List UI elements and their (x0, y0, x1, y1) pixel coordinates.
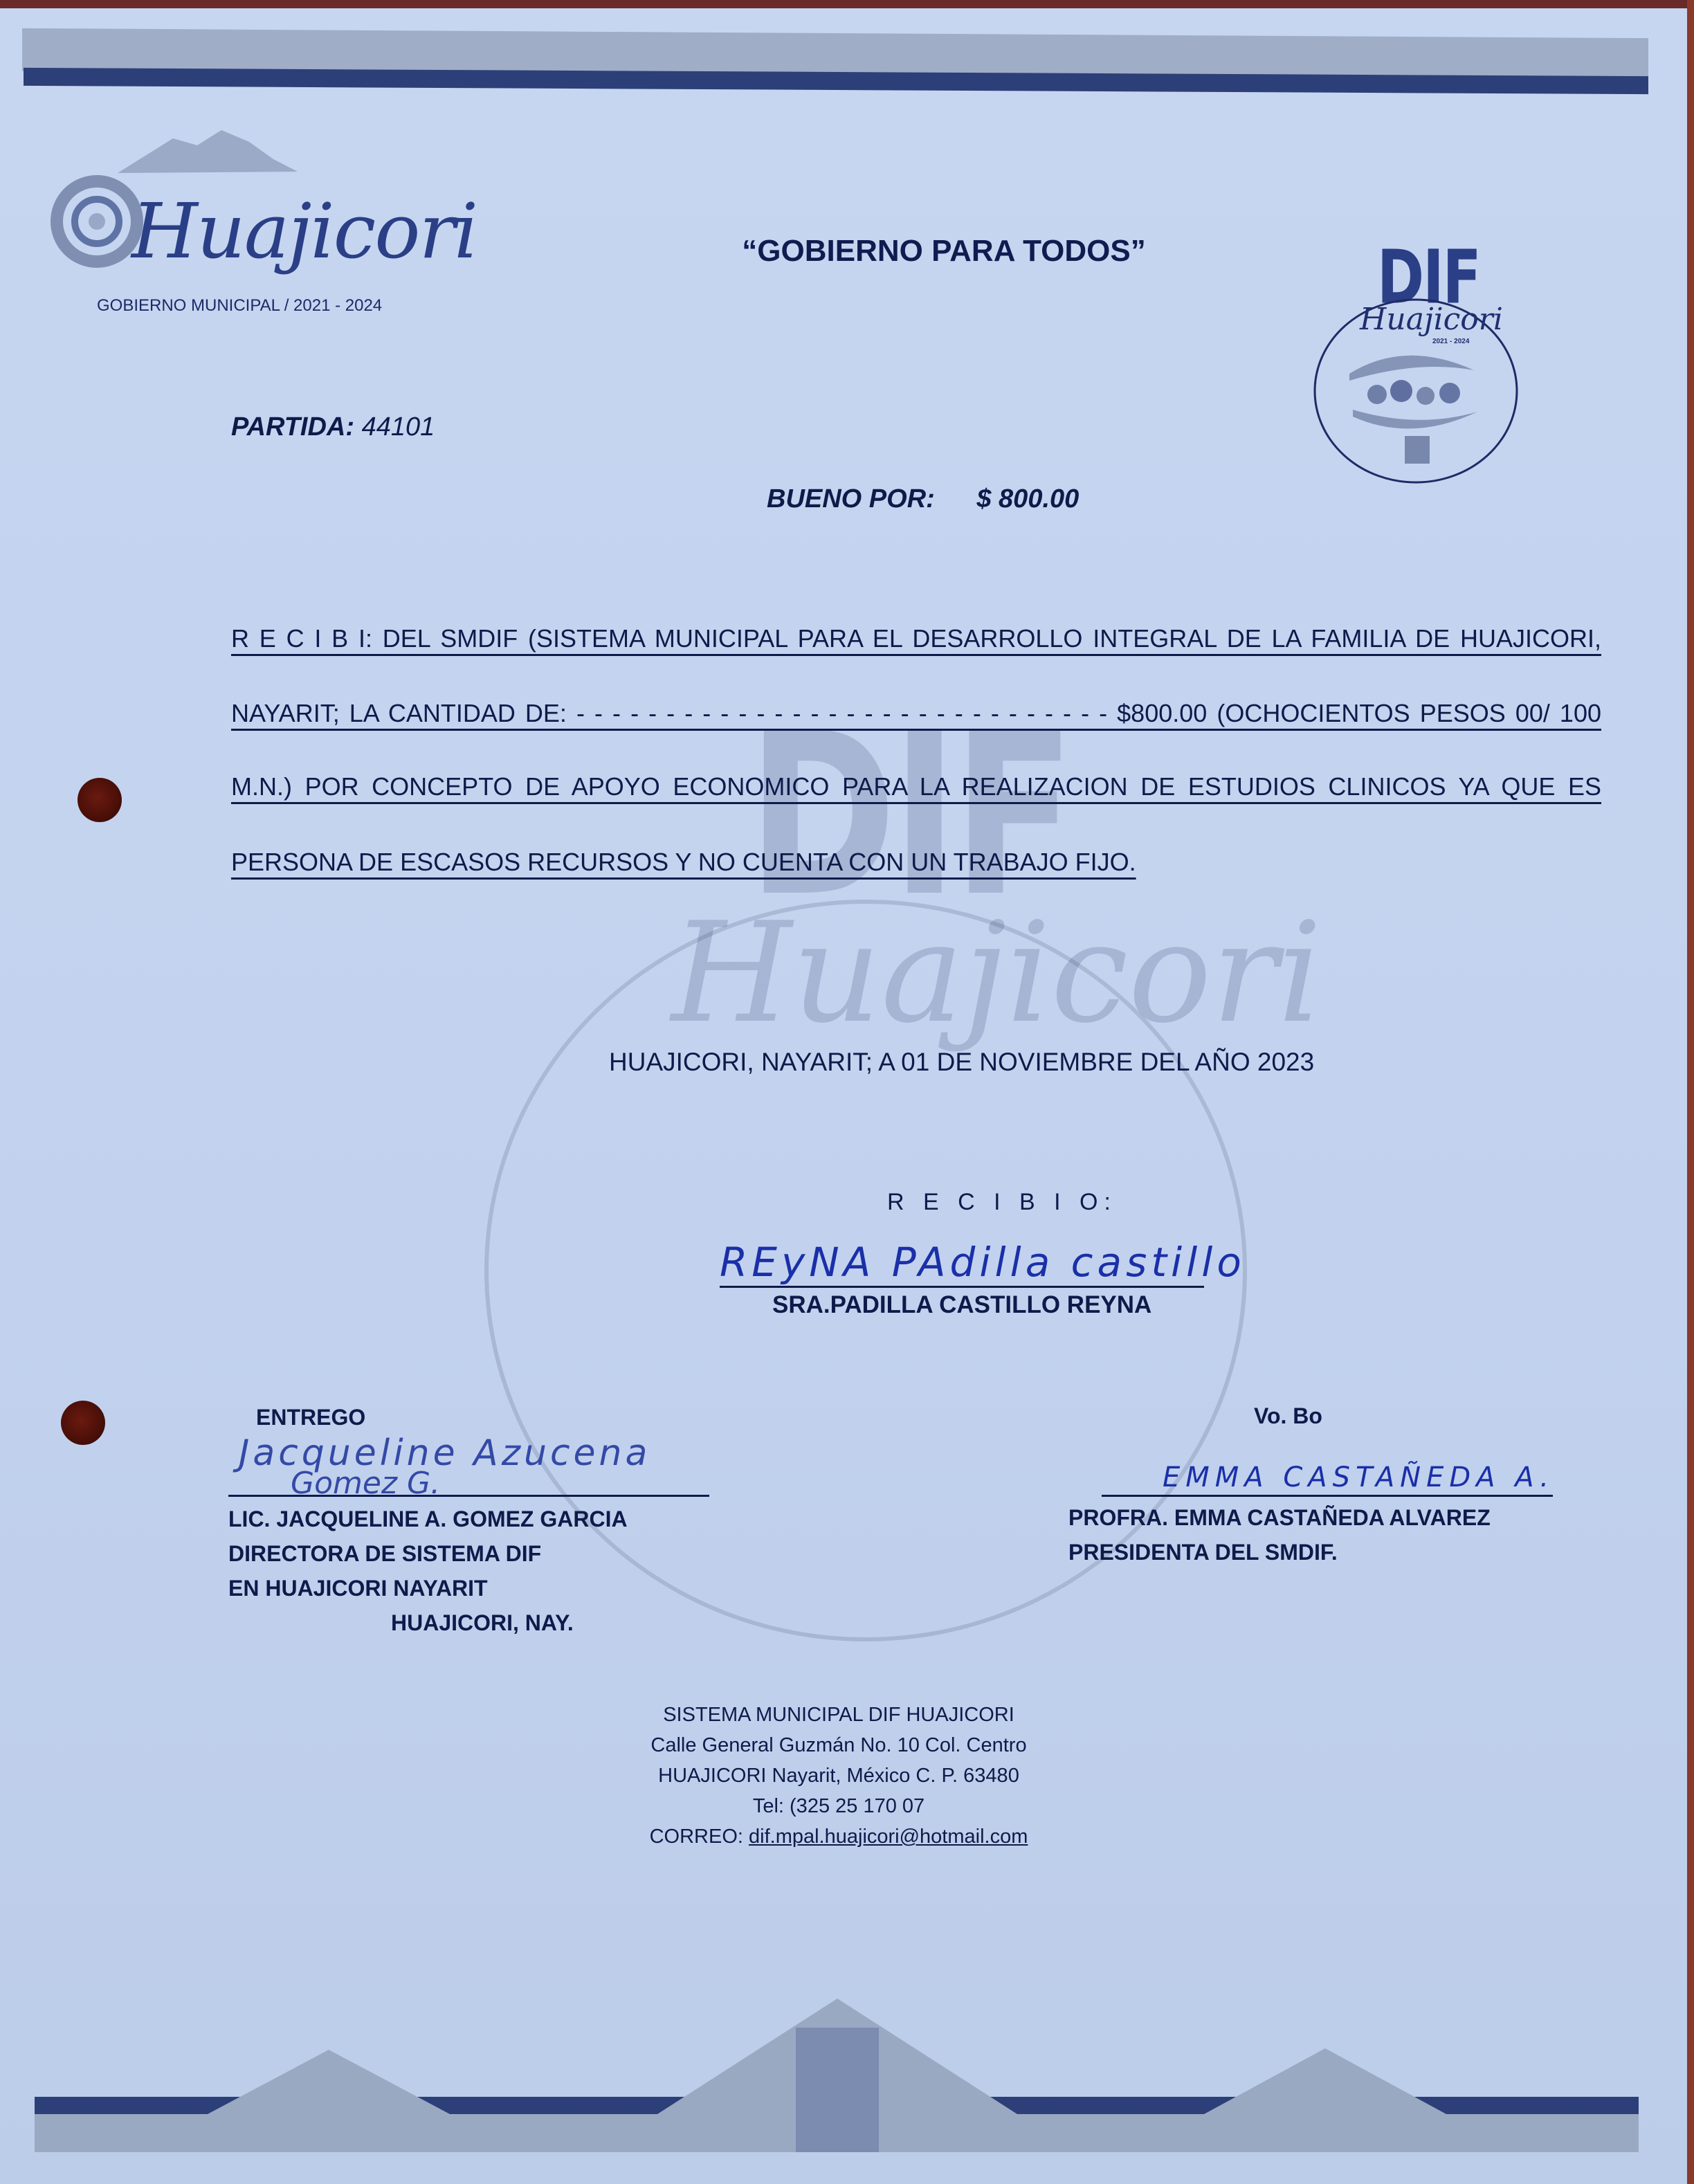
footer-band-pyramids (0, 1938, 1694, 2184)
body-line-3: M.N.) POR CONCEPTO DE APOYO ECONOMICO PA… (231, 772, 1601, 801)
approver-title: PRESIDENTA DEL SMDIF. (1068, 1535, 1491, 1569)
footer-contact: SISTEMA MUNICIPAL DIF HUAJICORI Calle Ge… (0, 1700, 1694, 1852)
dif-logo-name: Huajicori (1360, 302, 1503, 337)
municipality-logo-subtitle: GOBIERNO MUNICIPAL / 2021 - 2024 (97, 296, 382, 316)
footer-address: Calle General Guzmán No. 10 Col. Centro (0, 1730, 1686, 1760)
recipient-label: R E C I B I O: (887, 1189, 1117, 1216)
deliverer-info: LIC. JACQUELINE A. GOMEZ GARCIA DIRECTOR… (228, 1502, 628, 1640)
deliverer-city: HUAJICORI, NAY. (228, 1605, 628, 1640)
photo-edge-top (0, 0, 1694, 8)
photo-edge-right (1687, 0, 1694, 2184)
approver-name: PROFRA. EMMA CASTAÑEDA ALVAREZ (1068, 1500, 1491, 1535)
body-line-2: NAYARIT; LA CANTIDAD DE: - - - - - - - -… (231, 699, 1601, 728)
deliverer-signature-line (228, 1495, 709, 1497)
bueno-por-amount: $ 800.00 (976, 484, 1079, 513)
body-line-4: PERSONA DE ESCASOS RECURSOS Y NO CUENTA … (231, 848, 1601, 877)
motto-text: “GOBIERNO PARA TODOS” (742, 234, 1145, 268)
approver-label: Vo. Bo (1254, 1403, 1322, 1429)
bueno-por: BUENO POR: $ 800.00 (767, 484, 1079, 514)
deliverer-name: LIC. JACQUELINE A. GOMEZ GARCIA (228, 1502, 628, 1536)
approver-info: PROFRA. EMMA CASTAÑEDA ALVAREZ PRESIDENT… (1068, 1500, 1491, 1569)
deliverer-label: ENTREGO (256, 1405, 365, 1430)
footer-email-label: CORREO: (650, 1826, 743, 1848)
footer-org: SISTEMA MUNICIPAL DIF HUAJICORI (0, 1700, 1686, 1730)
bueno-por-label: BUENO POR: (767, 484, 935, 513)
partida: PARTIDA: 44101 (231, 412, 435, 442)
approver-signature: EMMA CASTAÑEDA A. (1163, 1462, 1554, 1493)
footer-city: HUAJICORI Nayarit, México C. P. 63480 (0, 1760, 1686, 1791)
recipient-signature-line (720, 1286, 1204, 1288)
dif-logo-years: 2021 - 2024 (1432, 338, 1469, 345)
body-line-1: R E C I B I: DEL SMDIF (SISTEMA MUNICIPA… (231, 624, 1601, 653)
punch-hole-top (78, 778, 122, 822)
municipality-logo: Huajicori GOBIERNO MUNICIPAL / 2021 - 20… (42, 118, 401, 325)
partida-value: 44101 (362, 412, 435, 442)
footer-email-row: CORREO: dif.mpal.huajicori@hotmail.com (0, 1821, 1686, 1852)
partida-label: PARTIDA: (231, 412, 354, 442)
footer-phone: Tel: (325 25 170 07 (0, 1791, 1686, 1821)
footer-email-link[interactable]: dif.mpal.huajicori@hotmail.com (749, 1826, 1028, 1848)
place-date: HUAJICORI, NAYARIT; A 01 DE NOVIEMBRE DE… (609, 1048, 1314, 1077)
deliverer-location: EN HUAJICORI NAYARIT (228, 1571, 628, 1605)
deliverer-title: DIRECTORA DE SISTEMA DIF (228, 1536, 628, 1571)
recipient-name: SRA.PADILLA CASTILLO REYNA (772, 1291, 1151, 1319)
recipient-signature: REyNA PAdilla castillo (720, 1239, 1246, 1286)
coat-of-arms-icon (796, 2028, 879, 2152)
punch-hole-bottom (61, 1401, 105, 1445)
approver-signature-line (1102, 1495, 1553, 1497)
dif-logo: DIF Huajicori 2021 - 2024 (1301, 235, 1522, 484)
dif-family-hands-icon (1301, 235, 1522, 484)
